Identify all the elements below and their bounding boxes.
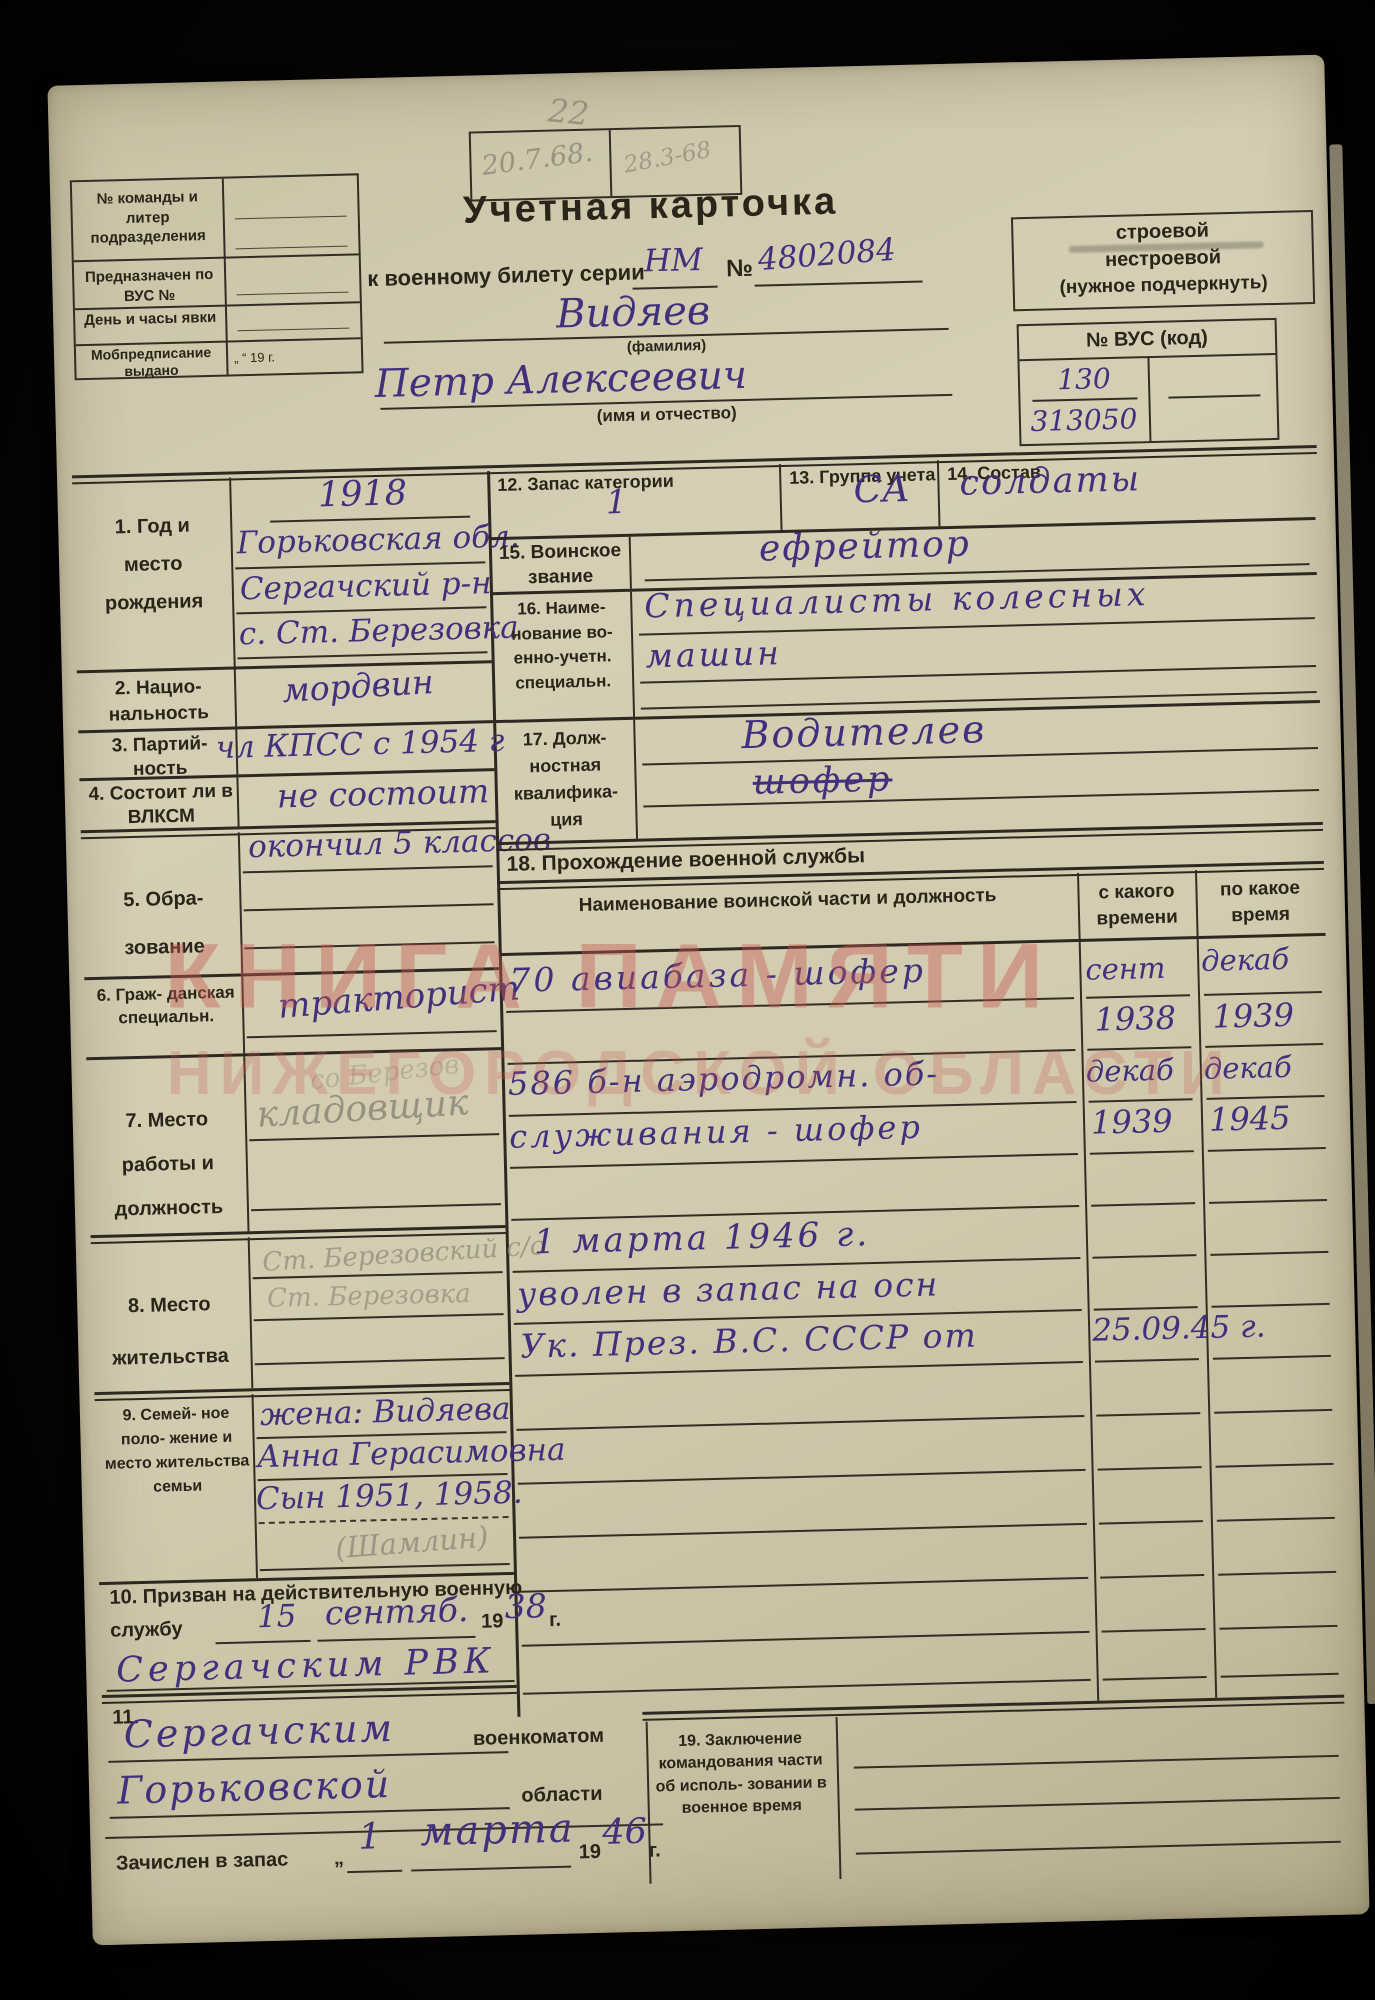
s7-label: 7. Место работы и должность	[102, 1097, 233, 1232]
dispatch-row4-date-blank: „ “ 19 г.	[234, 347, 360, 365]
ruled-line	[260, 1563, 510, 1571]
s6-label: 6. Граж- данская специальн.	[91, 981, 240, 1030]
ruled-line	[1092, 1254, 1196, 1259]
ruled-line	[520, 1577, 1088, 1593]
divider-line	[1147, 356, 1151, 441]
ruled-line	[237, 292, 349, 296]
ruled-line	[318, 1636, 476, 1642]
s6-value: тракторист	[277, 968, 522, 1026]
ruled-line	[1095, 1358, 1199, 1363]
ruled-line	[1091, 1202, 1195, 1207]
s10-year-prefix: 19	[481, 1610, 504, 1634]
line-service-box: строевой нестроевой (нужное подчеркнуть)	[1011, 210, 1315, 311]
s17-struck-value: шофер	[752, 759, 893, 802]
ruled-line	[1218, 1571, 1336, 1576]
ruled-line	[523, 1679, 1091, 1695]
enlisted-quote: „	[334, 1847, 345, 1870]
ruled-line	[854, 1755, 1339, 1769]
ruled-line	[1216, 1463, 1334, 1468]
s7-value: кладовщик	[256, 1082, 470, 1136]
divider-line	[629, 537, 632, 589]
dispatch-row3-label: День и часы явки	[77, 309, 223, 331]
service-row-from: декаб	[1085, 1053, 1174, 1089]
photo-background: 22 20.7.68. 28.3-68 № команды и литер по…	[0, 0, 1375, 2000]
corner-number-pencil: 22	[547, 91, 591, 133]
s12-label: 12. Запас категории	[497, 471, 674, 496]
s1-region: Горьковская обл.	[236, 518, 520, 561]
table-header-to: по какое время	[1197, 875, 1323, 929]
ruled-line	[1096, 1412, 1200, 1417]
s2-value: мордвин	[281, 662, 435, 710]
enlisted-day: 1	[358, 1816, 382, 1858]
service-row-part: 1 марта 1946 г.	[533, 1214, 870, 1262]
service-row-to: декаб	[1201, 942, 1290, 978]
vus-code-box: № ВУС (код) 130 313050	[1017, 318, 1280, 446]
s10-day: 15	[257, 1598, 297, 1635]
ruled-line	[1100, 1574, 1204, 1579]
divider-line	[633, 720, 638, 839]
ruled-line	[1102, 1628, 1206, 1633]
s14-value: солдаты	[959, 459, 1142, 503]
ruled-line	[1214, 1409, 1332, 1414]
ruled-line	[249, 1133, 499, 1141]
divider-line	[234, 669, 237, 726]
nonline-option: нестроевой	[1014, 244, 1312, 274]
number-sign: №	[726, 255, 753, 284]
ruled-line	[235, 246, 347, 250]
service-row-part: 70 авиабаза - шофер	[509, 951, 926, 1000]
ruled-line	[1087, 1046, 1191, 1051]
ruled-line	[518, 1469, 1086, 1485]
ruled-line	[243, 865, 493, 873]
divider-line	[229, 478, 236, 668]
service-row-part: уволен в запас на осн	[517, 1264, 940, 1313]
s15-label: 15. Воинское звание	[497, 539, 624, 591]
service-row-to: декаб	[1203, 1050, 1292, 1086]
divider-line	[937, 460, 941, 526]
card-title: Учетная карточка	[360, 178, 941, 235]
s4-value: не состоит	[276, 771, 489, 815]
service-row-from: сент	[1085, 951, 1166, 987]
stamp-date-left: 20.7.68.	[480, 137, 595, 182]
stamp-date-right: 28.3-68	[622, 137, 713, 179]
ruled-line	[247, 1030, 497, 1038]
s17-value: Водителев	[741, 707, 987, 757]
ruled-line	[643, 789, 1319, 808]
divider-line	[236, 777, 239, 826]
s11-commissariat: Сергачским	[123, 1706, 395, 1757]
divider-line	[243, 1056, 249, 1231]
vus-box-title: № ВУС (код)	[1019, 325, 1275, 354]
service-row-date: 25.09.45 г.	[1092, 1308, 1266, 1348]
s8-label: 8. Место жительства	[105, 1278, 236, 1385]
s15-value: ефрейтор	[758, 523, 971, 569]
ruled-line	[1210, 1251, 1328, 1256]
given-name-value: Петр Алексеевич	[374, 353, 747, 407]
dispatch-row2-label: Предназначен по ВУС №	[76, 265, 223, 308]
s5-label: 5. Обра- зование	[89, 873, 239, 973]
ruled-line	[519, 1523, 1087, 1539]
s11-region: Горьковской	[117, 1762, 392, 1813]
ruled-line	[1205, 1043, 1323, 1048]
s8-line2: Ст. Березовка	[267, 1279, 471, 1314]
underlying-sheet-edge	[1329, 144, 1375, 1704]
ruled-line	[1098, 1466, 1202, 1471]
ruled-line	[1090, 1150, 1194, 1155]
ruled-line	[411, 1866, 571, 1872]
ruled-line	[216, 1640, 311, 1644]
s9-line3: Сын 1951, 1958.	[256, 1475, 523, 1518]
divider-line	[248, 1237, 254, 1388]
s16-value-line2: машин	[645, 633, 782, 675]
divider-line	[646, 1722, 652, 1884]
table-header-part: Наименование воинской части и должность	[567, 883, 1007, 919]
s2-label: 2. Нацио- нальность	[84, 674, 233, 729]
ruled-line	[235, 216, 347, 220]
ruled-line	[1221, 1673, 1339, 1678]
ruled-line	[1219, 1625, 1337, 1630]
enlisted-month: марта	[420, 1806, 575, 1856]
ruled-line	[1213, 1355, 1331, 1360]
service-row-to: 1939	[1212, 996, 1294, 1036]
dispatch-row1-label: № команды и литер подразделения	[74, 187, 221, 249]
dispatch-row4-label: Мобпредписание выдано	[78, 344, 225, 381]
divider-line	[779, 464, 783, 530]
s11-region-suffix: области	[521, 1783, 603, 1808]
divider-line	[241, 976, 245, 1053]
ruled-line	[237, 328, 349, 332]
s16-value-line1: Специалисты колесных	[644, 574, 1150, 625]
ruled-line	[1099, 1520, 1203, 1525]
ruled-line	[1212, 1303, 1330, 1308]
ruled-line	[1103, 1676, 1207, 1681]
ruled-line	[1204, 991, 1322, 996]
ruled-line	[1208, 1147, 1326, 1152]
ruled-line	[347, 1870, 402, 1873]
ruled-line	[522, 1631, 1090, 1647]
ruled-line	[855, 1797, 1340, 1811]
ruled-line	[516, 1415, 1084, 1431]
s19-label: 19. Заключение командования части об исп…	[654, 1727, 828, 1821]
s9-label: 9. Семей- ное поло- жение и место житель…	[102, 1401, 252, 1501]
ruled-line	[856, 1841, 1341, 1855]
section-separator	[642, 1695, 1344, 1721]
row-separator	[74, 253, 359, 262]
ruled-line	[245, 941, 495, 949]
surname-value: Видяев	[473, 286, 794, 340]
s13-value: СА	[853, 467, 910, 511]
ruled-line	[255, 1357, 505, 1365]
s9-line2: Анна Герасимовна	[257, 1432, 566, 1476]
ruled-line	[237, 651, 487, 659]
s1-village: с. Ст. Березовка	[238, 610, 519, 653]
s9-line4: (Шамлин)	[334, 1520, 489, 1566]
series-value: НМ	[643, 242, 703, 279]
vus-code-top: 130	[1034, 361, 1135, 396]
service-row-from: 1939	[1091, 1102, 1173, 1142]
ruled-line	[1209, 1199, 1327, 1204]
ruled-line	[510, 1153, 1078, 1169]
enlisted-year-prefix: 19	[579, 1841, 602, 1865]
ruled-line	[1032, 397, 1137, 402]
ruled-line	[254, 1313, 504, 1321]
billet-number-value: 4802084	[757, 232, 897, 278]
s16-label: 16. Наиме- нование во- енно-учетн. специ…	[496, 595, 628, 697]
dispatch-box: № команды и литер подразделения Предназн…	[70, 173, 364, 380]
enlisted-prefix: Зачислен в запас	[116, 1849, 289, 1876]
s12-value: 1	[605, 482, 627, 522]
s17-label: 17. Долж- ностная квалифика- ция	[499, 724, 632, 835]
s11-commissariat-suffix: военкоматом	[473, 1725, 605, 1751]
table-header-from: с какого времени	[1079, 878, 1194, 932]
subtitle: к военному билету серии	[367, 259, 645, 292]
s1-label: 1. Год и место рождения	[96, 506, 211, 623]
s1-district: Сергачский р-н	[239, 565, 492, 607]
ruled-line	[105, 1823, 663, 1839]
ruled-line	[1168, 394, 1260, 398]
s4-label: 4. Состоит ли в ВЛКСМ	[87, 780, 236, 831]
s10-month: сентяб.	[324, 1590, 468, 1632]
s9-line1: жена: Видяева	[260, 1391, 511, 1433]
divider-line	[630, 592, 635, 717]
vus-code-bottom: 313050	[1025, 402, 1144, 438]
s3-value: чл КПСС с 1954 г	[215, 723, 505, 766]
ruled-line	[244, 903, 494, 911]
s10-year-suffix: г.	[549, 1609, 561, 1632]
s10-label2: службу	[110, 1618, 183, 1643]
underline-note: (нужное подчеркнуть)	[1014, 271, 1312, 300]
ruled-line	[506, 997, 1074, 1013]
enlisted-year: 46	[602, 1812, 648, 1853]
service-row-part: Ук. През. В.С. СССР от	[520, 1316, 978, 1366]
registration-card: 22 20.7.68. 28.3-68 № команды и литер по…	[47, 55, 1369, 1946]
divider-line	[836, 1717, 842, 1879]
service-row-to: 1945	[1209, 1099, 1291, 1139]
ruled-line	[251, 1203, 501, 1211]
service-row-from: 1938	[1094, 999, 1176, 1039]
s1-year: 1918	[257, 472, 468, 517]
ruled-line	[1217, 1517, 1335, 1522]
